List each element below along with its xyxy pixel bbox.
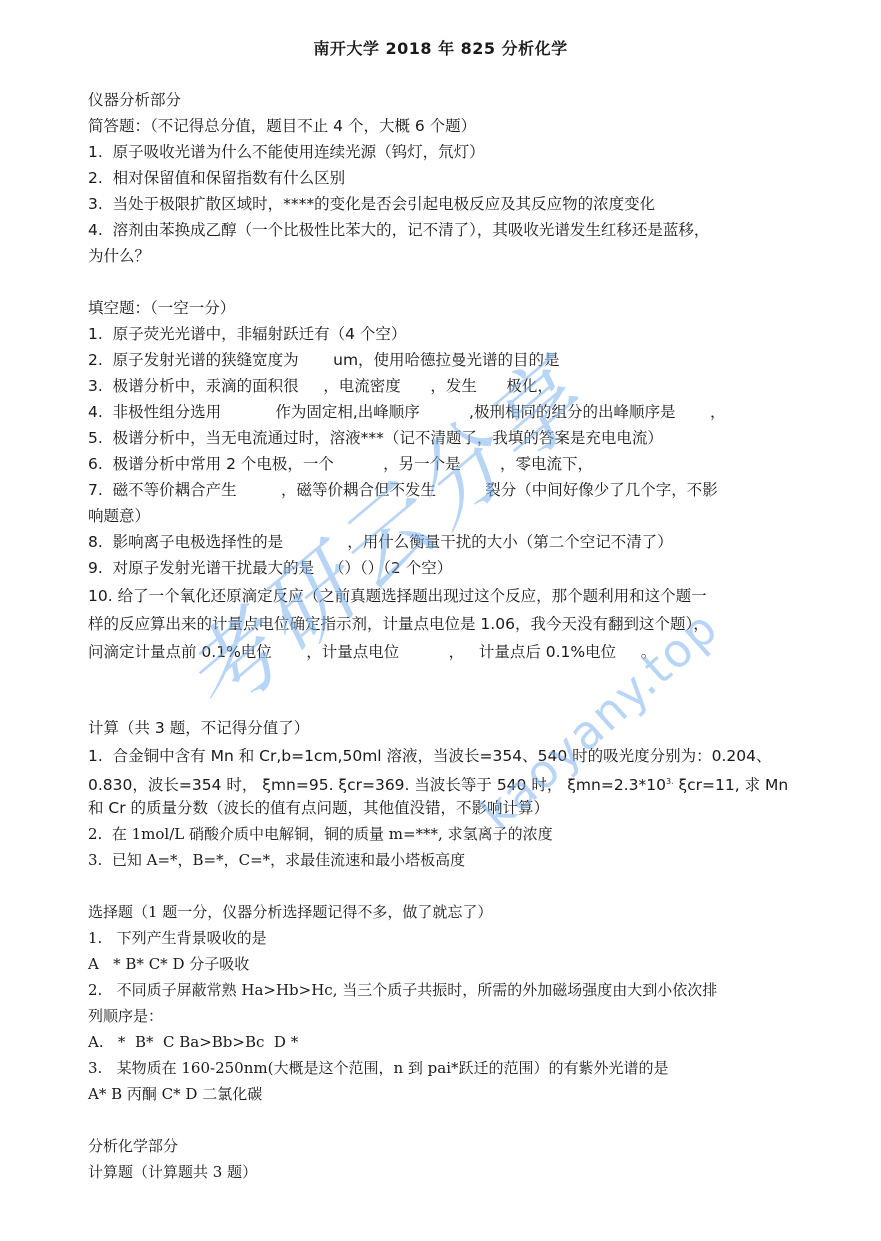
short-answer-item: 1. 原子吸收光谱为什么不能使用连续光源（钨灯，氘灯） [88, 142, 485, 162]
multiple-choice-item: 3. 某物质在 160-250nm(大概是这个范围，n 到 pai*跃迁的范围）… [88, 1058, 669, 1078]
fill-blank-item: 7. 磁不等价耦合产生 ，磁等价耦合但不发生 裂分（中间好像少了几个字，不影 [88, 480, 718, 500]
calculation-item-cont: 0.830，波长=354 时， ξmn=95. ξcr=369. 当波长等于 5… [88, 772, 788, 795]
fill-blank-item: 10. 给了一个氧化还原滴定反应（之前真题选择题出现过这个反应，那个题利用和这个… [88, 586, 707, 606]
calculation-text: 0.830，波长=354 时， ξmn=95. ξcr=369. 当波长等于 5… [88, 776, 666, 794]
calculation-item-cont: 和 Cr 的质量分数（波长的值有点问题，其他值没错，不影响计算） [88, 798, 549, 818]
exponent: 3. [666, 777, 674, 786]
fill-blank-item: 9. 对原子发射光谱干扰最大的是 （）（）（2 个空） [88, 558, 452, 578]
short-answer-item: 2. 相对保留值和保留指数有什么区别 [88, 168, 345, 188]
calculation-item: 1. 合金铜中含有 Mn 和 Cr,b=1cm,50ml 溶液，当波长=354、… [88, 746, 772, 766]
multiple-choice-options: A * B* C* D 分子吸收 [88, 954, 249, 974]
multiple-choice-item: 1. 下列产生背景吸收的是 [88, 928, 267, 948]
fill-blank-item: 4. 非极性组分选用 作为固定相,出峰顺序 ,极刑相同的组分的出峰顺序是 ， [88, 402, 725, 422]
fill-blank-item-cont: 响题意） [88, 506, 150, 526]
document-page: 南开大学 2018 年 825 分析化学 仪器分析部分 简答题：（不记得总分值，… [0, 0, 881, 1241]
analytical-calculation-heading: 计算题（计算题共 3 题） [88, 1162, 257, 1182]
multiple-choice-item-cont: 列顺序是： [88, 1006, 163, 1026]
short-answer-item-cont: 为什么？ [88, 246, 150, 266]
short-answer-item: 4. 溶剂由苯换成乙醇（一个比极性比苯大的，记不清了），其吸收光谱发生红移还是蓝… [88, 220, 709, 240]
fill-blank-item: 1. 原子荧光光谱中，非辐射跃迁有（4 个空） [88, 324, 406, 344]
fill-blank-item: 3. 极谱分析中，汞滴的面积很 ，电流密度 ，发生 极化， [88, 376, 553, 396]
fill-blank-item-cont: 问滴定计量点前 0.1%电位 ，计量点电位 ， 计量点后 0.1%电位 。 [88, 642, 656, 662]
calculation-item: 2. 在 1mol/L 硝酸介质中电解铜，铜的质量 m=***, 求氢离子的浓度 [88, 824, 553, 844]
calculation-item: 3. 已知 A=*，B=*，C=*，求最佳流速和最小塔板高度 [88, 850, 465, 870]
fill-blank-item: 6. 极谱分析中常用 2 个电极，一个 ，另一个是 ，零电流下， [88, 454, 593, 474]
calculation-heading: 计算（共 3 题，不记得分值了） [88, 718, 309, 738]
section-heading-analytical: 分析化学部分 [88, 1136, 178, 1156]
multiple-choice-options: A. * B* C Ba>Bb>Bc D * [88, 1032, 298, 1052]
multiple-choice-options: A* B 丙酮 C* D 二氯化碳 [88, 1084, 262, 1104]
multiple-choice-item: 2. 不同质子屏蔽常熟 Ha>Hb>Hc, 当三个质子共振时，所需的外加磁场强度… [88, 980, 717, 1000]
fill-blank-heading: 填空题：（一空一分） [88, 298, 235, 318]
short-answer-heading: 简答题：（不记得总分值，题目不止 4 个，大概 6 个题） [88, 116, 476, 136]
section-heading-instrument: 仪器分析部分 [88, 90, 181, 110]
short-answer-item: 3. 当处于极限扩散区域时，****的变化是否会引起电极反应及其反应物的浓度变化 [88, 194, 655, 214]
fill-blank-item-cont: 样的反应算出来的计量点电位确定指示剂，计量点电位是 1.06，我今天没有翻到这个… [88, 614, 709, 634]
calculation-text: ξcr=11, 求 Mn [674, 776, 789, 794]
fill-blank-item: 5. 极谱分析中，当无电流通过时，溶液***（记不清题了，我填的答案是充电电流） [88, 428, 663, 448]
fill-blank-item: 8. 影响离子电极选择性的是 ，用什么衡量干扰的大小（第二个空记不清了） [88, 532, 673, 552]
document-title: 南开大学 2018 年 825 分析化学 [0, 36, 881, 59]
multiple-choice-heading: 选择题（1 题一分，仪器分析选择题记得不多，做了就忘了） [88, 902, 492, 922]
fill-blank-item: 2. 原子发射光谱的狭缝宽度为 um，使用哈德拉曼光谱的目的是 [88, 350, 560, 370]
